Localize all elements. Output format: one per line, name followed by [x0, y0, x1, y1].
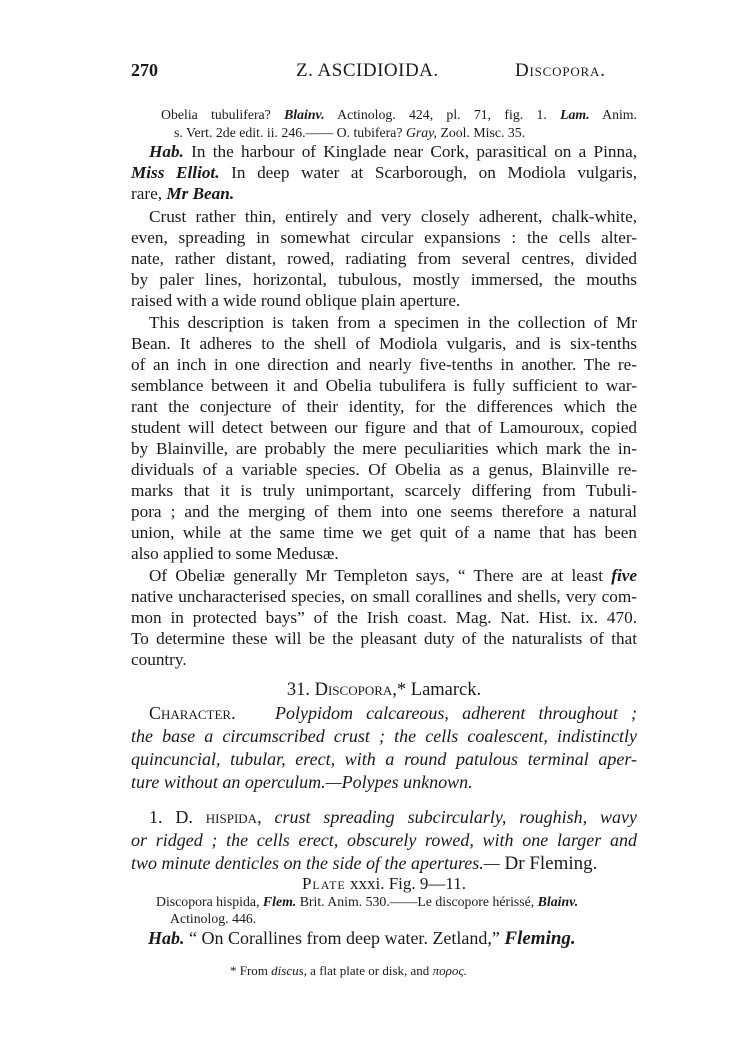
section-title: Discopora.: [515, 60, 645, 82]
description-line: by paler lines, horizontal, tubulous, mo…: [131, 269, 637, 290]
book-page: 270 Z. ASCIDIOIDA. Discopora. Obelia tub…: [0, 0, 750, 1050]
habitat-line: Hab. In the harbour of Kinglade near Cor…: [149, 141, 637, 162]
running-title: Z. ASCIDIOIDA.: [296, 60, 516, 82]
paragraph-line: marks that it is truly unimportant, scar…: [131, 480, 637, 501]
habitat-line: rare, Mr Bean.: [131, 183, 637, 204]
description-line: Crust rather thin, entirely and very clo…: [149, 206, 637, 227]
paragraph-line: union, while at the same time we get qui…: [131, 522, 637, 543]
paragraph-line: of an inch in one direction and nearly f…: [131, 354, 637, 375]
species-line: two minute denticles on the side of the …: [131, 852, 637, 875]
paragraph-line: student will detect between our figure a…: [131, 417, 637, 438]
genus-heading: 31. Discopora,* Lamarck.: [131, 679, 637, 701]
character-line: Character. Polypidom calcareous, adheren…: [149, 702, 637, 724]
paragraph-line: Bean. It adheres to the shell of Modiola…: [131, 333, 637, 354]
plate-reference: Plate xxxi. Fig. 9—11.: [131, 873, 637, 894]
paragraph-line: mon in protected bays” of the Irish coas…: [131, 607, 637, 628]
habitat-line: Miss Elliot. In deep water at Scarboroug…: [131, 162, 637, 183]
paragraph-line: pora ; and the merging of them into one …: [131, 501, 637, 522]
synonymy-line: s. Vert. 2de edit. ii. 246.—— O. tubifer…: [174, 124, 634, 141]
description-line: raised with a wide round oblique plain a…: [131, 290, 637, 311]
paragraph-line: To determine these will be the pleasant …: [131, 628, 637, 649]
character-label: Character.: [149, 703, 236, 723]
paragraph-line: dividuals of a variable species. Of Obel…: [131, 459, 637, 480]
paragraph-line: native uncharacterised species, on small…: [131, 586, 637, 607]
synonymy-line: Obelia tubulifera? Blainv. Actinolog. 42…: [161, 106, 637, 123]
paragraph-line: This description is taken from a specime…: [149, 312, 637, 333]
paragraph-line: semblance between it and Obelia tubulife…: [131, 375, 637, 396]
footnote-marker: *: [397, 680, 406, 700]
paragraph-line: by Blainville, are probably the mere pec…: [131, 438, 637, 459]
paragraph-line: Of Obeliæ generally Mr Templeton says, “…: [149, 565, 637, 586]
description-line: even, spreading in somewhat circular exp…: [131, 227, 637, 248]
description-line: nate, rather distant, rowed, radiating f…: [131, 248, 637, 269]
footnote: * From discus, a flat plate or disk, and…: [230, 962, 610, 979]
page-number: 270: [131, 60, 191, 81]
species-line: or ridged ; the cells erect, obscurely r…: [131, 829, 637, 851]
character-line: ture without an operculum.—Polypes unkno…: [131, 771, 637, 793]
paragraph-line: country.: [131, 649, 637, 670]
character-line: quincuncial, tubular, erect, with a roun…: [131, 748, 637, 770]
synonymy-line: Actinolog. 446.: [170, 910, 630, 927]
species-line: 1. D. hispida, crust spreading subcircul…: [149, 806, 637, 828]
synonymy-line: Discopora hispida, Flem. Brit. Anim. 530…: [156, 893, 640, 910]
character-line: the base a circumscribed crust ; the cel…: [131, 725, 637, 747]
habitat-line: Hab. “ On Corallines from deep water. Ze…: [148, 927, 638, 950]
paragraph-line: rant the conjecture of their identity, f…: [131, 396, 637, 417]
species-name: hispida,: [206, 807, 262, 827]
paragraph-line: also applied to some Medusæ.: [131, 543, 637, 564]
